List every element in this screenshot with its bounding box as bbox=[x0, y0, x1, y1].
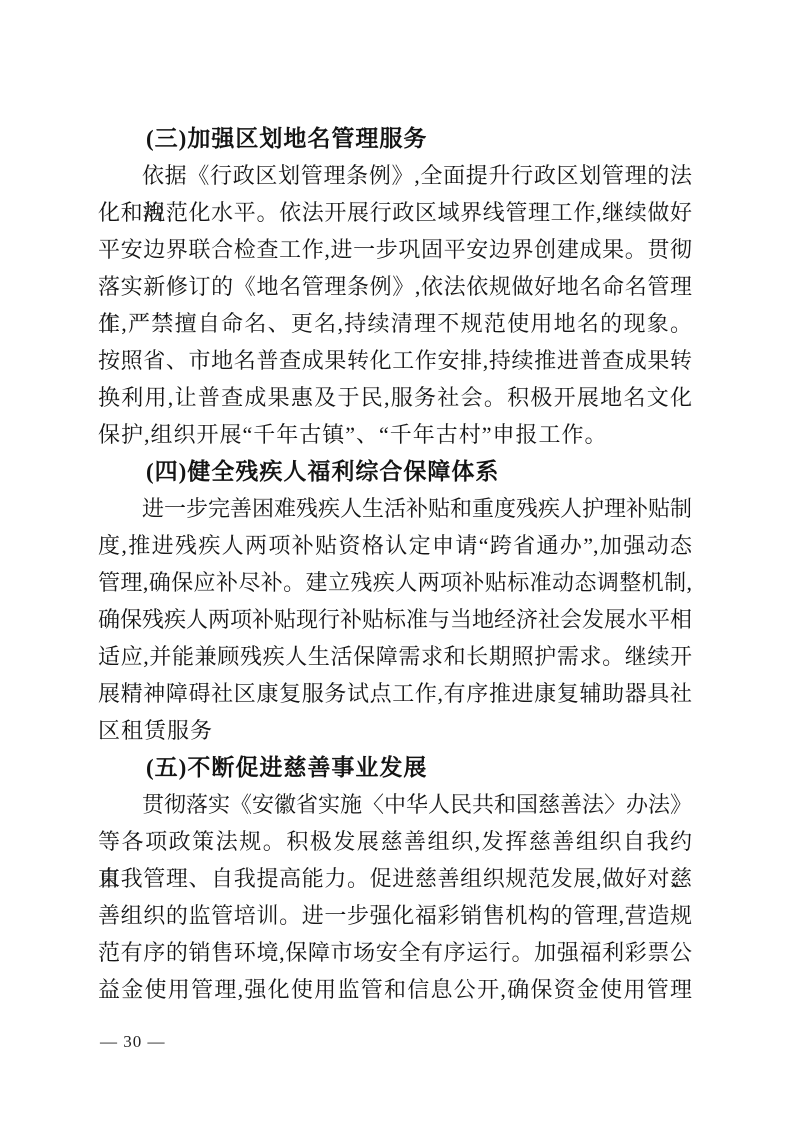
section-heading-4: (四)健全残疾人福利综合保障体系 bbox=[98, 453, 692, 490]
paragraph-line: 按照省、市地名普查成果转化工作安排,持续推进普查成果转 bbox=[98, 342, 692, 379]
paragraph-line: 益金使用管理,强化使用监管和信息公开,确保资金使用管理 bbox=[98, 971, 692, 1008]
paragraph-line: 进一步完善困难残疾人生活补贴和重度残疾人护理补贴制 bbox=[98, 490, 692, 527]
document-body: (三)加强区划地名管理服务 依据《行政区划管理条例》,全面提升行政区划管理的法治… bbox=[98, 120, 692, 1008]
paragraph-line: 度,推进残疾人两项补贴资格认定申请“跨省通办”,加强动态 bbox=[98, 527, 692, 564]
paragraph-line: 管理,确保应补尽补。建立残疾人两项补贴标准动态调整机制, bbox=[98, 564, 692, 601]
paragraph-line: 区租赁服务 bbox=[98, 712, 692, 749]
paragraph-line: 平安边界联合检查工作,进一步巩固平安边界创建成果。贯彻 bbox=[98, 231, 692, 268]
paragraph-line: 善组织的监管培训。进一步强化福彩销售机构的管理,营造规 bbox=[98, 897, 692, 934]
paragraph-line: 换利用,让普查成果惠及于民,服务社会。积极开展地名文化 bbox=[98, 379, 692, 416]
paragraph-line: 适应,并能兼顾残疾人生活保障需求和长期照护需求。继续开 bbox=[98, 638, 692, 675]
paragraph-line: 化和规范化水平。依法开展行政区域界线管理工作,继续做好 bbox=[98, 194, 692, 231]
paragraph-line: 范有序的销售环境,保障市场安全有序运行。加强福利彩票公 bbox=[98, 934, 692, 971]
paragraph-line: 等各项政策法规。积极发展慈善组织,发挥慈善组织自我约束、 bbox=[98, 823, 692, 860]
paragraph-line: 依据《行政区划管理条例》,全面提升行政区划管理的法治 bbox=[98, 157, 692, 194]
paragraph-line: 自我管理、自我提高能力。促进慈善组织规范发展,做好对慈 bbox=[98, 860, 692, 897]
paragraph-line: 保护,组织开展“千年古镇”、“千年古村”申报工作。 bbox=[98, 416, 692, 453]
paragraph-line: 确保残疾人两项补贴现行补贴标准与当地经济社会发展水平相 bbox=[98, 601, 692, 638]
paragraph-line: 落实新修订的《地名管理条例》,依法依规做好地名命名管理工 bbox=[98, 268, 692, 305]
page-number: — 30 — bbox=[100, 1032, 166, 1051]
paragraph-line: 展精神障碍社区康复服务试点工作,有序推进康复辅助器具社 bbox=[98, 675, 692, 712]
section-heading-5: (五)不断促进慈善事业发展 bbox=[98, 749, 692, 786]
paragraph-line: 贯彻落实《安徽省实施〈中华人民共和国慈善法〉办法》 bbox=[98, 786, 692, 823]
section-heading-3: (三)加强区划地名管理服务 bbox=[98, 120, 692, 157]
paragraph-line: 作,严禁擅自命名、更名,持续清理不规范使用地名的现象。 bbox=[98, 305, 692, 342]
document-page: (三)加强区划地名管理服务 依据《行政区划管理条例》,全面提升行政区划管理的法治… bbox=[0, 0, 793, 1122]
page-footer: — 30 — bbox=[100, 1032, 166, 1052]
